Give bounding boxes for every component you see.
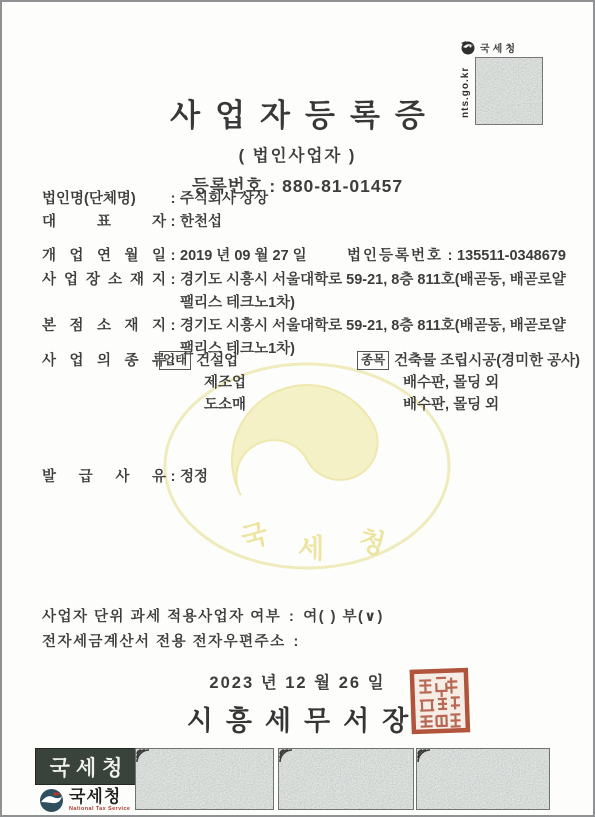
field-unit-taxation: 사업자 단위 과세 적용사업자 여부:여( ) 부(∨) xyxy=(42,606,384,629)
issue-date: 2023 년 12 월 26 일 xyxy=(2,669,593,693)
uptae-tag-box: 업태 xyxy=(159,351,191,370)
jongmok-value: 건축물 조립시공(경미한 공사) xyxy=(394,353,580,369)
certificate-subtitle: ( 법인사업자 ) xyxy=(2,142,593,166)
field-issue-reason: 발 급 사 유:정정 xyxy=(42,466,208,489)
security-noise-strip xyxy=(278,748,414,810)
colon: : xyxy=(443,245,457,268)
watermark-char: 국 xyxy=(238,518,271,553)
field-label: 법인등록번호 xyxy=(347,248,443,264)
colon: : xyxy=(166,211,180,234)
business-type-jongmok-column: 종목건축물 조립시공(경미한 공사) 배수판, 몰딩 외 배수판, 몰딩 외 xyxy=(357,350,580,416)
field-label: 전자세금계산서 전용 전자우편주소 xyxy=(42,634,286,650)
field-representative: 대 표 자:한천섭 xyxy=(42,211,222,234)
field-etax-email: 전자세금계산서 전용 전자우편주소: xyxy=(42,631,308,654)
colon: : xyxy=(166,188,180,211)
ripple-mark-icon xyxy=(279,749,294,764)
watermark-char: 세 xyxy=(298,533,324,564)
field-label: 사업자 단위 과세 적용사업자 여부 xyxy=(42,609,281,625)
colon: : xyxy=(281,606,303,629)
field-open-date: 개 업 연 월 일:2019 년 09 월 27 일 법인등록번호:135511… xyxy=(42,245,307,268)
field-corp-reg-no: 법인등록번호:135511-0348679 xyxy=(347,245,566,268)
field-value: 경기도 시흥시 서울대학로 59-21, 8층 811호(배곧동, 배곧로얄팰리… xyxy=(180,269,572,315)
ripple-mark-icon xyxy=(417,749,432,764)
field-label: 개 업 연 월 일 xyxy=(42,245,166,268)
field-label: 사 업 장 소 재 지 xyxy=(42,269,166,292)
nts-url-text: nts.go.kr xyxy=(460,57,471,127)
nts-security-block: 국세청 nts.go.kr xyxy=(473,40,565,125)
field-value: 한천섭 xyxy=(180,211,222,234)
field-business-type: 사 업 의 종 류: 업태건설업 제조업 도소매 종목건축물 조립시공(경미한 … xyxy=(42,350,180,420)
nts-header-label: 국세청 xyxy=(480,40,518,55)
ripple-mark-icon xyxy=(136,749,151,764)
certificate-page: 국 세 청 국세청 nts.go.kr 사업자등록증 ( 법인사업자 ) 등록번… xyxy=(0,0,595,817)
field-value: 정정 xyxy=(180,466,208,489)
colon: : xyxy=(166,315,180,338)
uptae-value: 제조업 xyxy=(159,372,246,394)
colon: : xyxy=(286,631,308,654)
nts-logo-subtitle: National Tax Service xyxy=(69,807,130,813)
uptae-value: 도소매 xyxy=(159,394,246,416)
jongmok-value: 배수판, 몰딩 외 xyxy=(357,394,580,416)
colon: : xyxy=(166,269,180,292)
field-label: 법인명(단체명) xyxy=(42,188,166,211)
colon: : xyxy=(166,466,180,489)
nts-box-label: 국세청 xyxy=(44,752,129,782)
field-value: 135511-0348679 xyxy=(457,248,566,264)
issuer-name: 시흥세무서장 xyxy=(2,699,593,738)
nts-logo-label: 국세청 xyxy=(69,788,130,805)
watermark-char: 청 xyxy=(356,524,389,560)
uptae-value: 건설업 xyxy=(196,353,238,369)
nts-inverted-wordmark: 국세청 xyxy=(35,748,137,785)
field-label: 본 점 소 재 지 xyxy=(42,315,166,338)
field-corp-name: 법인명(단체명):주식회사 상상 xyxy=(42,188,268,211)
nts-logo-lockup: 국세청 National Tax Service xyxy=(39,788,130,813)
field-label: 사 업 의 종 류 xyxy=(42,350,166,373)
taegeuk-logo-icon xyxy=(39,788,64,813)
security-noise-strip xyxy=(135,748,274,810)
security-qr-box: nts.go.kr xyxy=(475,57,543,125)
nts-bird-icon xyxy=(459,40,476,55)
colon: : xyxy=(166,245,180,268)
field-business-address: 사 업 장 소 재 지:경기도 시흥시 서울대학로 59-21, 8층 811호… xyxy=(42,269,572,315)
jongmok-tag-box: 종목 xyxy=(357,351,389,370)
field-value: 2019 년 09 월 27 일 xyxy=(180,245,307,268)
security-noise-strip xyxy=(416,748,550,810)
official-seal xyxy=(409,667,472,742)
field-value: 여( ) 부(∨) xyxy=(303,609,384,625)
field-value: 주식회사 상상 xyxy=(180,188,268,211)
jongmok-value: 배수판, 몰딩 외 xyxy=(357,372,580,394)
business-type-uptae-column: 업태건설업 제조업 도소매 xyxy=(159,350,246,416)
field-label: 발 급 사 유 xyxy=(42,466,166,489)
field-label: 대 표 자 xyxy=(42,211,166,234)
